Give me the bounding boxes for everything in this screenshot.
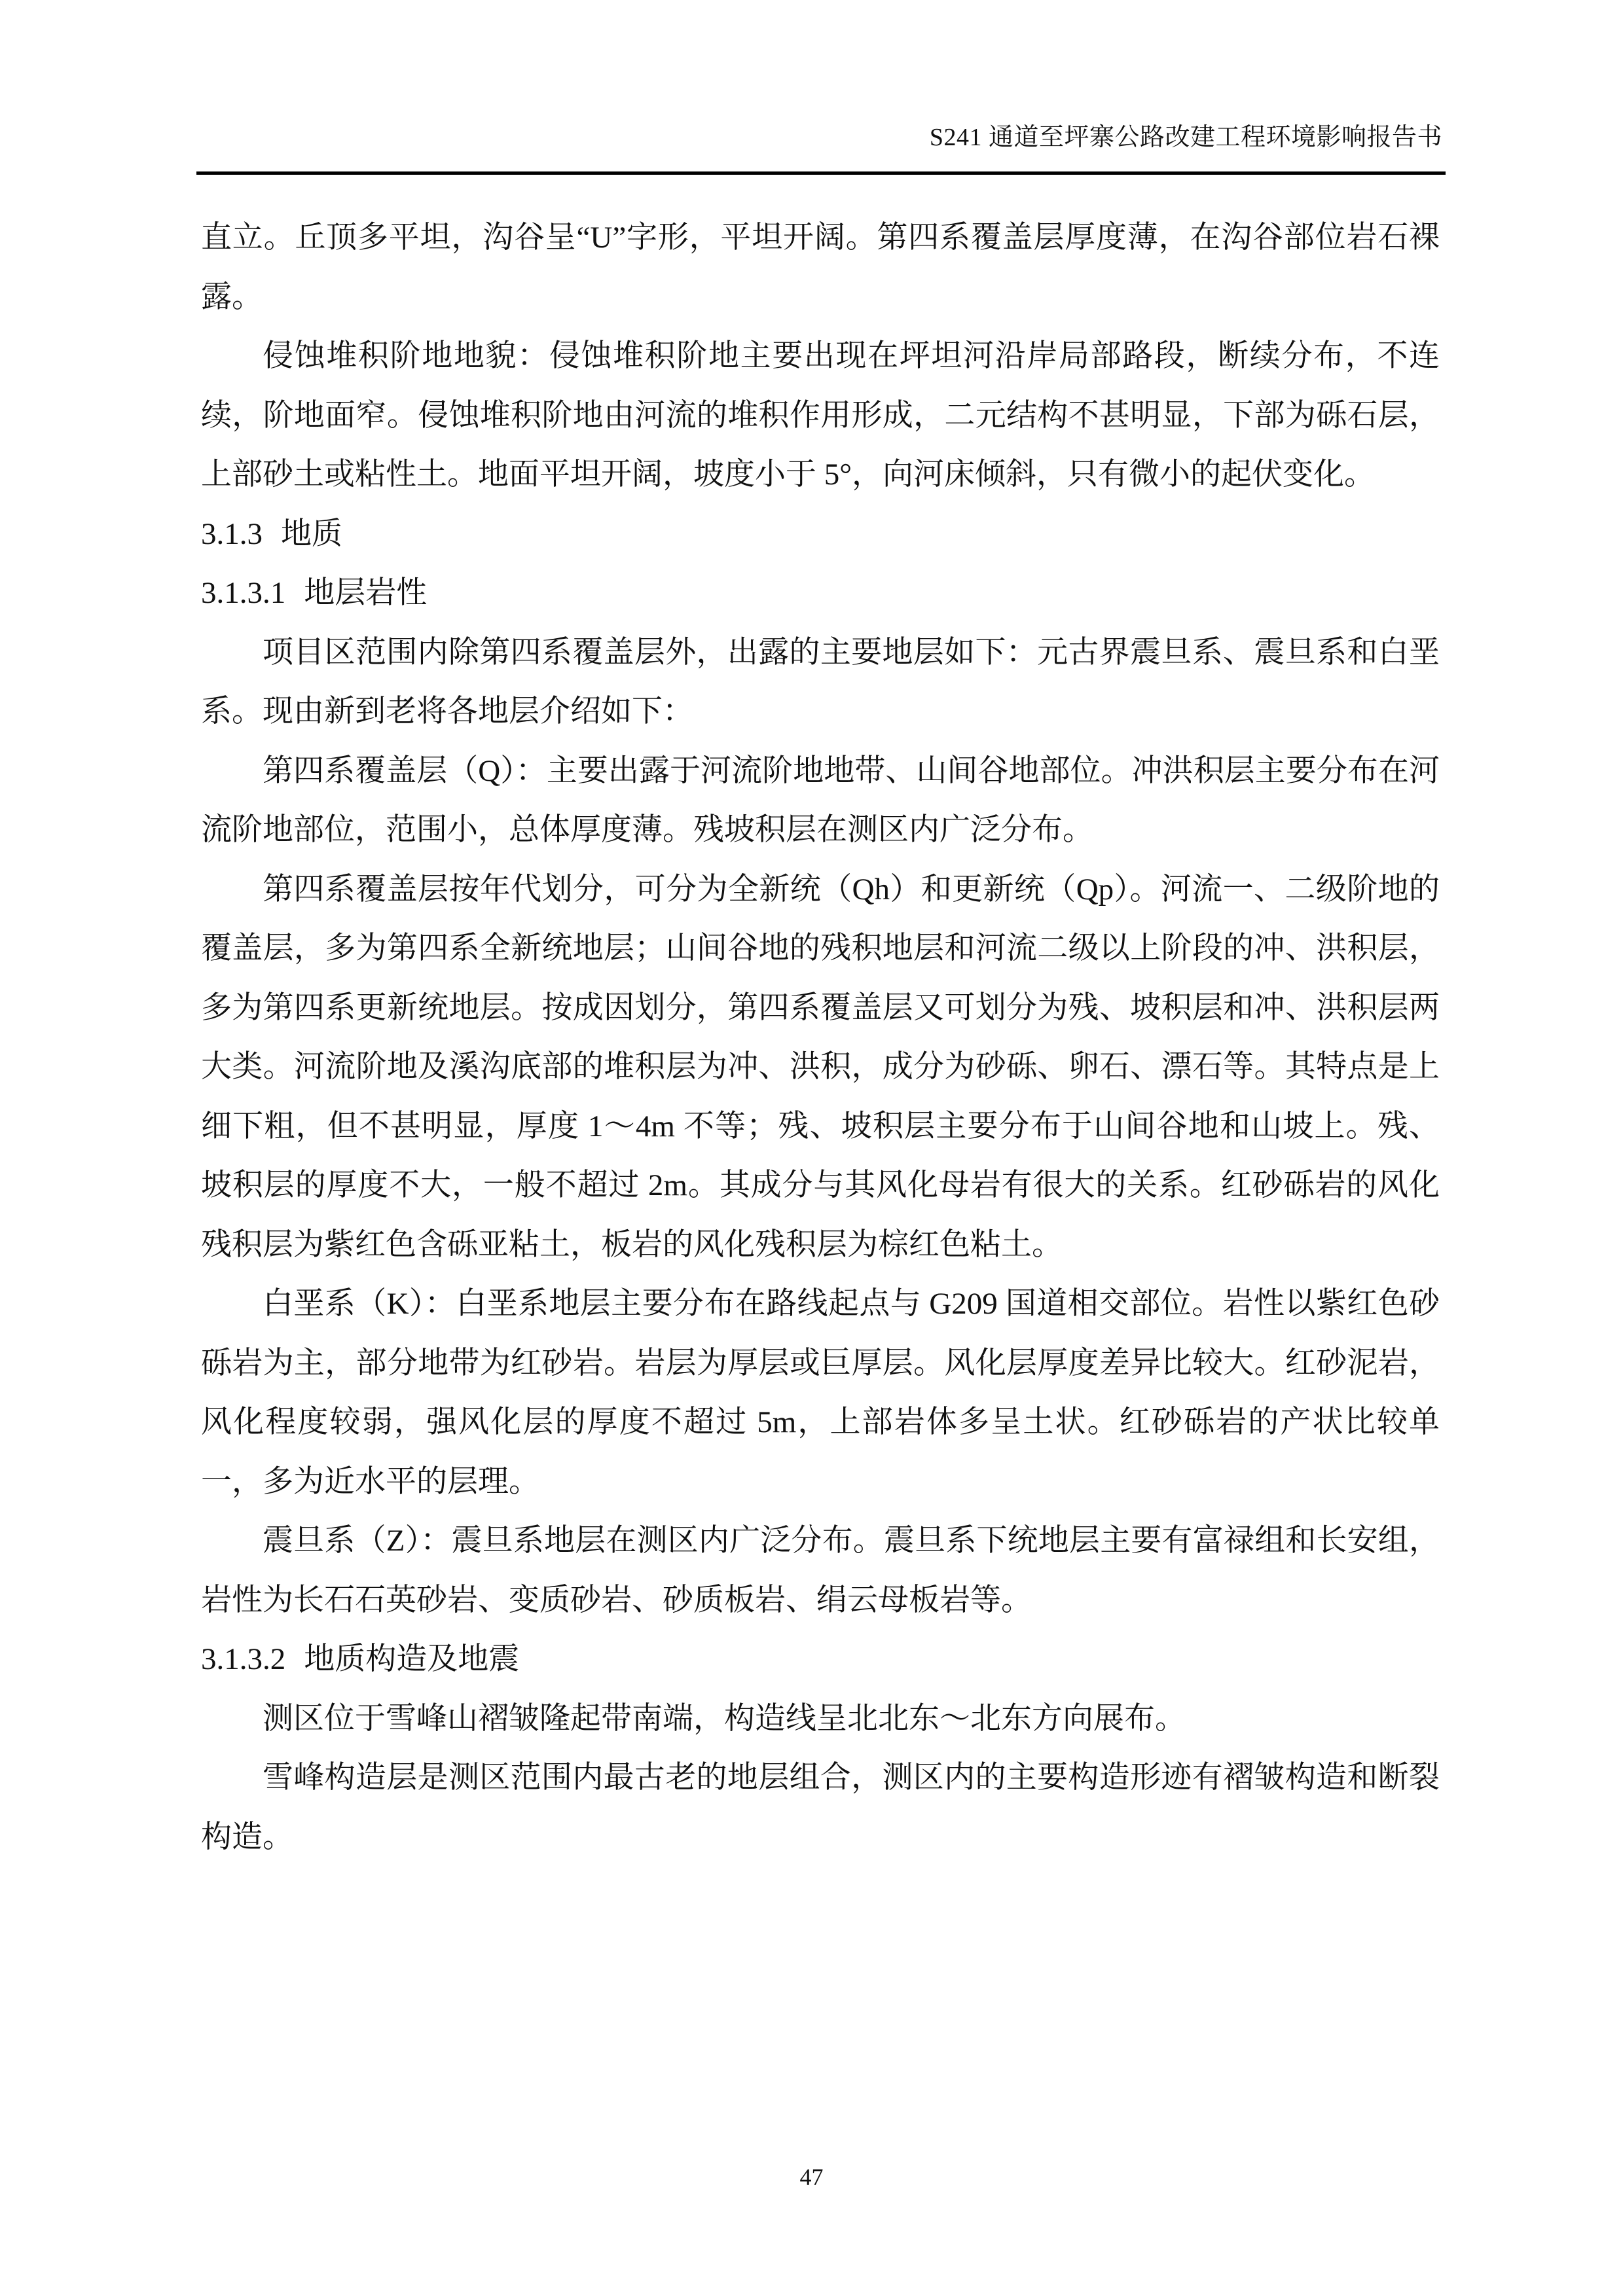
section-title: 地质构造及地震: [304, 1642, 519, 1676]
section-number: 3.1.3.2: [201, 1630, 285, 1689]
paragraph-cretaceous: 白垩系（K）：白垩系地层主要分布在路线起点与 G209 国道相交部位。岩性以紫红…: [201, 1274, 1440, 1511]
paragraph-quaternary-detail: 第四系覆盖层按年代划分，可分为全新统（Qh）和更新统（Qp）。河流一、二级阶地的…: [201, 860, 1440, 1275]
page-body: 直立。丘顶多平坦，沟谷呈“U”字形，平坦开阔。第四系覆盖层厚度薄，在沟谷部位岩石…: [201, 208, 1440, 1867]
paragraph-structure-layer: 雪峰构造层是测区范围内最古老的地层组合，测区内的主要构造形迹有褶皱构造和断裂构造…: [201, 1748, 1440, 1867]
section-heading-geology: 3.1.3地质: [201, 505, 1440, 564]
section-heading-stratigraphy: 3.1.3.1地层岩性: [201, 564, 1440, 623]
section-number: 3.1.3.1: [201, 564, 285, 623]
page-number: 47: [0, 2161, 1623, 2193]
section-heading-structure-earthquake: 3.1.3.2地质构造及地震: [201, 1630, 1440, 1689]
paragraph-landform-continuation: 直立。丘顶多平坦，沟谷呈“U”字形，平坦开阔。第四系覆盖层厚度薄，在沟谷部位岩石…: [201, 208, 1440, 327]
report-title: S241 通道至坪寨公路改建工程环境影响报告书: [930, 122, 1442, 153]
paragraph-quaternary: 第四系覆盖层（Q）：主要出露于河流阶地地带、山间谷地部位。冲洪积层主要分布在河流…: [201, 742, 1440, 860]
section-title: 地层岩性: [304, 576, 427, 610]
section-title: 地质: [281, 517, 342, 551]
section-number: 3.1.3: [201, 505, 263, 564]
paragraph-erosion-terrace: 侵蚀堆积阶地地貌：侵蚀堆积阶地主要出现在坪坦河沿岸局部路段，断续分布，不连续，阶…: [201, 327, 1440, 505]
paragraph-sinian: 震旦系（Z）：震旦系地层在测区内广泛分布。震旦系下统地层主要有富禄组和长安组，岩…: [201, 1511, 1440, 1630]
paragraph-structure-location: 测区位于雪峰山褶皱隆起带南端，构造线呈北北东～北东方向展布。: [201, 1689, 1440, 1749]
paragraph-strata-intro: 项目区范围内除第四系覆盖层外，出露的主要地层如下：元古界震旦系、震旦系和白垩系。…: [201, 623, 1440, 742]
header-divider: [196, 171, 1446, 175]
